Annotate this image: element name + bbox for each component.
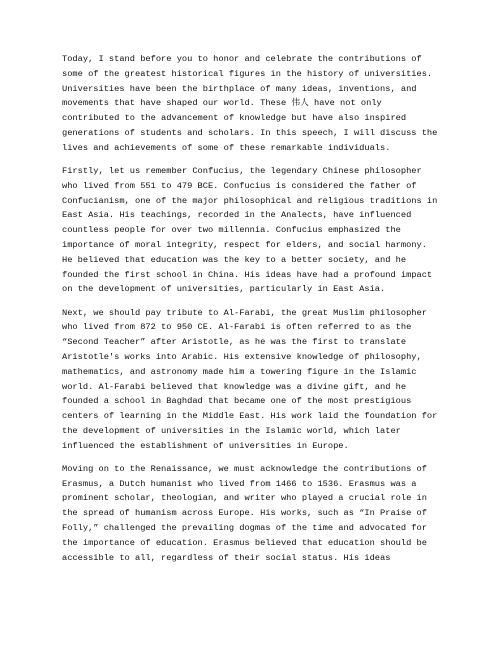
paragraph-al-farabi: Next, we should pay tribute to Al-Farabi… bbox=[62, 306, 442, 454]
paragraph-confucius: Firstly, let us remember Confucius, the … bbox=[62, 164, 442, 297]
paragraph-intro: Today, I stand before you to honor and c… bbox=[62, 52, 442, 156]
document-page: Today, I stand before you to honor and c… bbox=[0, 0, 502, 649]
paragraph-erasmus: Moving on to the Renaissance, we must ac… bbox=[62, 462, 442, 566]
